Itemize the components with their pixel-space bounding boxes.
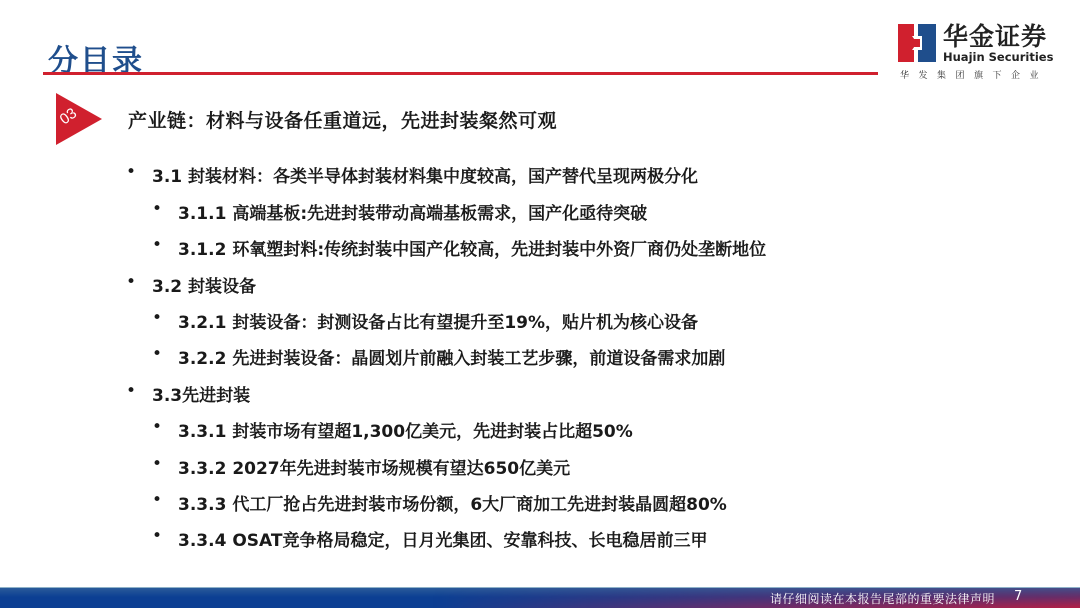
toc-item-text: 3.3先进封装 — [152, 386, 250, 406]
logo-name-cn: 华金证券 — [943, 22, 1047, 52]
bullet-icon: • — [152, 417, 162, 437]
toc-item-text: 3.3.3 代工厂抢占先进封装市场份额，6大厂商加工先进封装晶圆超80% — [178, 495, 727, 515]
bullet-icon: • — [126, 272, 136, 292]
toc-item-text: 3.1.2 环氧塑封料:传统封装中国产化较高，先进封装中外资厂商仍处垄断地位 — [178, 240, 766, 260]
toc-item: •3.1.2 环氧塑封料:传统封装中国产化较高，先进封装中外资厂商仍处垄断地位 — [178, 235, 766, 260]
title-rule-divider — [43, 72, 878, 75]
toc-item: •3.3.4 OSAT竞争格局稳定，日月光集团、安靠科技、长电稳居前三甲 — [178, 526, 707, 551]
bullet-icon: • — [152, 454, 162, 474]
toc-item-text: 3.2.1 封装设备：封测设备占比有望提升至19%，贴片机为核心设备 — [178, 313, 698, 333]
page-number: 7 — [1014, 589, 1022, 604]
section-title: 产业链：材料与设备任重道远，先进封装粲然可观 — [128, 106, 557, 133]
logo-tagline: 华发集团旗下企业 — [900, 70, 1060, 82]
toc-item-text: 3.3.4 OSAT竞争格局稳定，日月光集团、安靠科技、长电稳居前三甲 — [178, 531, 707, 551]
toc-item: •3.2.2 先进封装设备：晶圆划片前融入封装工艺步骤，前道设备需求加剧 — [178, 344, 725, 369]
toc-item: •3.1 封装材料：各类半导体封装材料集中度较高，国产替代呈现两极分化 — [152, 162, 698, 187]
bullet-icon: • — [126, 381, 136, 401]
toc-item-text: 3.2 封装设备 — [152, 277, 256, 297]
toc-item: •3.3.1 封装市场有望超1,300亿美元，先进封装占比超50% — [178, 417, 633, 442]
bullet-icon: • — [152, 490, 162, 510]
toc-item: •3.3.3 代工厂抢占先进封装市场份额，6大厂商加工先进封装晶圆超80% — [178, 490, 727, 515]
logo-name-en: Huajin Securities — [943, 50, 1053, 64]
toc-item: •3.1.1 高端基板:先进封装带动高端基板需求，国产化亟待突破 — [178, 199, 647, 224]
toc-item-text: 3.2.2 先进封装设备：晶圆划片前融入封装工艺步骤，前道设备需求加剧 — [178, 349, 725, 369]
bullet-icon: • — [152, 526, 162, 546]
bullet-icon: • — [152, 344, 162, 364]
huajin-logo-mark-icon — [898, 24, 936, 62]
footer-disclaimer: 请仔细阅读在本报告尾部的重要法律声明 — [770, 590, 995, 607]
bullet-icon: • — [152, 308, 162, 328]
bullet-icon: • — [152, 235, 162, 255]
toc-item: •3.2 封装设备 — [152, 272, 256, 297]
company-logo: 华金证券 Huajin Securities 华发集团旗下企业 — [895, 22, 1060, 84]
toc-item-text: 3.3.1 封装市场有望超1,300亿美元，先进封装占比超50% — [178, 422, 633, 442]
toc-item-text: 3.1 封装材料：各类半导体封装材料集中度较高，国产替代呈现两极分化 — [152, 167, 698, 187]
bullet-icon: • — [126, 162, 136, 182]
toc-item: •3.3.2 2027年先进封装市场规模有望达650亿美元 — [178, 454, 570, 479]
bullet-icon: • — [152, 199, 162, 219]
toc-item-text: 3.1.1 高端基板:先进封装带动高端基板需求，国产化亟待突破 — [178, 204, 647, 224]
toc-item: •3.2.1 封装设备：封测设备占比有望提升至19%，贴片机为核心设备 — [178, 308, 698, 333]
toc-item: •3.3先进封装 — [152, 381, 250, 406]
toc-item-text: 3.3.2 2027年先进封装市场规模有望达650亿美元 — [178, 459, 570, 479]
